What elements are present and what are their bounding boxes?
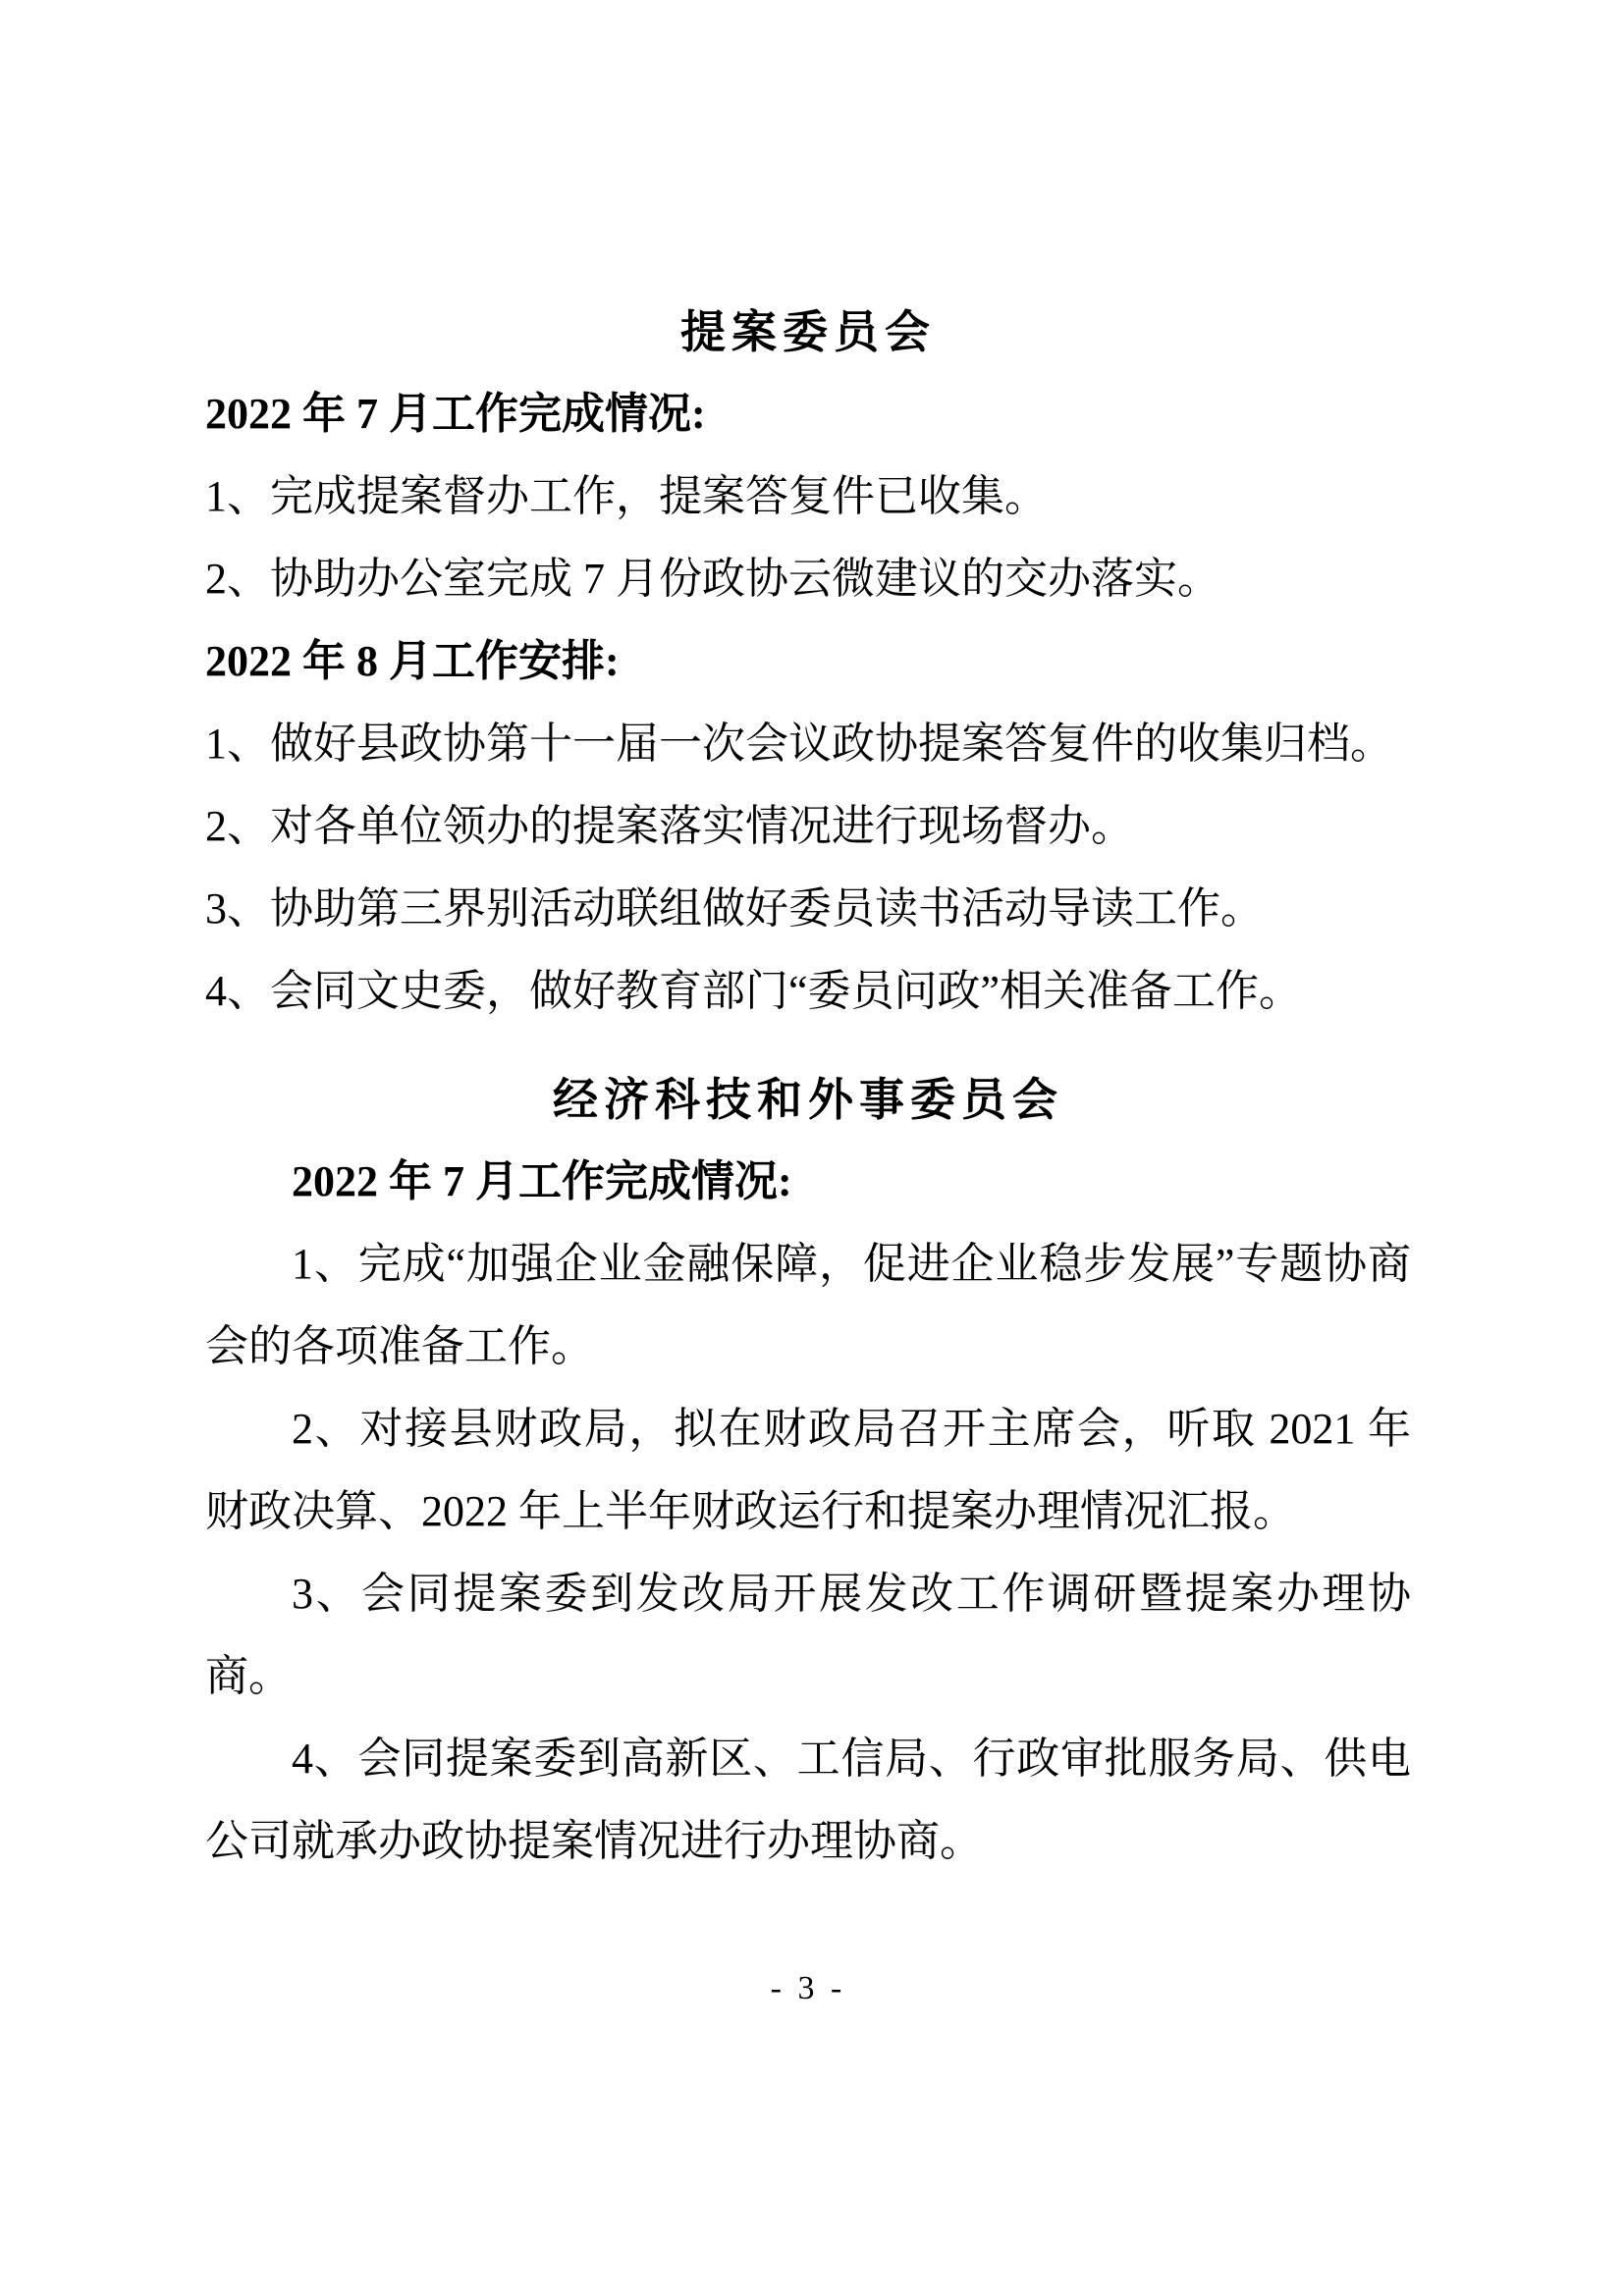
list-item: 2、对各单位领办的提案落实情况进行现场督办。	[205, 785, 1411, 868]
list-item: 1、做好县政协第十一届一次会议政协提案答复件的收集归档。	[205, 703, 1411, 785]
list-item: 2、协助办公室完成 7 月份政协云微建议的交办落实。	[205, 538, 1411, 620]
section-proposal-committee: 提案委员会 2022 年 7 月工作完成情况: 1、完成提案督办工作，提案答复件…	[205, 291, 1411, 1033]
committee-title: 提案委员会	[205, 291, 1411, 373]
list-item: 1、完成提案督办工作，提案答复件已收集。	[205, 455, 1411, 538]
work-status-heading: 2022 年 7 月工作完成情况:	[205, 1141, 1411, 1223]
committee-title: 经济科技和外事委员会	[205, 1058, 1411, 1141]
work-status-heading: 2022 年 7 月工作完成情况:	[205, 373, 1411, 455]
text-column: 提案委员会 2022 年 7 月工作完成情况: 1、完成提案督办工作，提案答复件…	[205, 291, 1411, 2008]
list-item: 4、会同提案委到高新区、工信局、行政审批服务局、供电公司就承办政协提案情况进行办…	[205, 1718, 1411, 1883]
list-item: 1、完成“加强企业金融保障，促进企业稳步发展”专题协商会的各项准备工作。	[205, 1223, 1411, 1388]
list-item: 3、会同提案委到发改局开展发改工作调研暨提案办理协商。	[205, 1553, 1411, 1718]
section-economy-tech-foreign-affairs-committee: 经济科技和外事委员会 2022 年 7 月工作完成情况: 1、完成“加强企业金融…	[205, 1058, 1411, 1883]
document-page: 提案委员会 2022 年 7 月工作完成情况: 1、完成提案督办工作，提案答复件…	[0, 0, 1624, 2296]
list-item: 3、协助第三界别活动联组做好委员读书活动导读工作。	[205, 868, 1411, 950]
page-number: - 3 -	[205, 1969, 1411, 2008]
list-item: 2、对接县财政局，拟在财政局召开主席会，听取 2021 年财政决算、2022 年…	[205, 1388, 1411, 1553]
work-plan-heading: 2022 年 8 月工作安排:	[205, 620, 1411, 703]
list-item: 4、会同文史委，做好教育部门“委员问政”相关准备工作。	[205, 950, 1411, 1033]
